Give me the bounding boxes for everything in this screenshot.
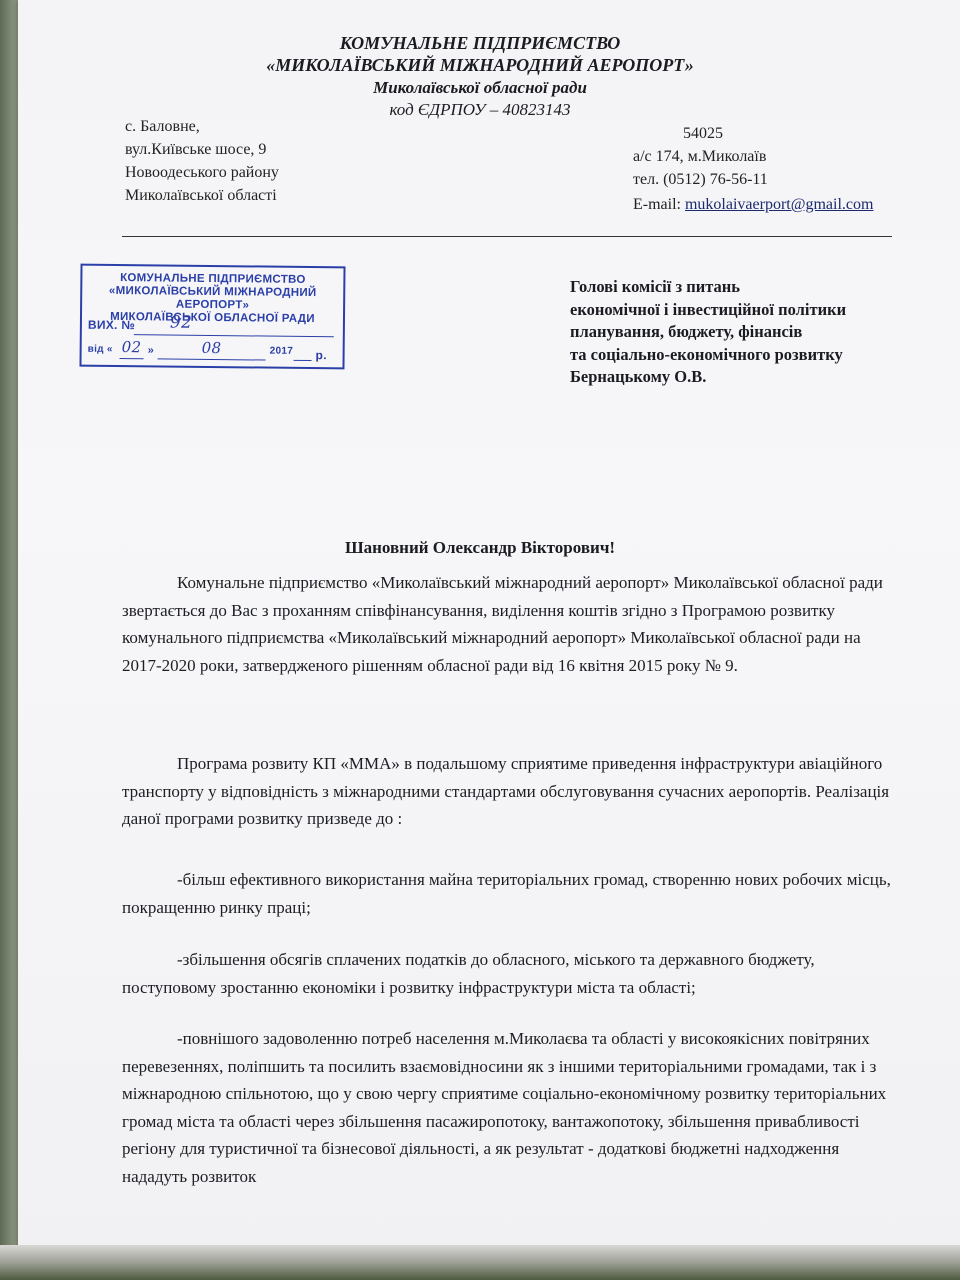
stamp-out-underline [134,334,334,337]
letterhead-org-name: «МИКОЛАЇВСЬКИЙ МІЖНАРОДНИЙ АЕРОПОРТ» [0,54,960,76]
body-paragraph-5: -повнішого задоволенню потреб населення … [122,1025,892,1190]
body-paragraph-3: -більш ефективного використання майна те… [122,866,892,921]
salutation: Шановний Олександр Вікторович! [0,538,960,558]
body-paragraph-1: Комунальне підприємство «Миколаївський м… [122,569,892,679]
email-link[interactable]: mukolaivaerport@gmail.com [685,196,873,213]
addressee-line: Бернацькому О.В. [570,366,846,389]
stamp-month-underline [158,358,266,360]
stamp-date-row: від « [88,344,113,355]
address-left-line: Миколаївської області [125,184,279,207]
address-left-line: с. Баловне, [125,115,279,138]
addressee-line: та соціально-економічного розвитку [570,344,846,367]
background-bottom [0,1245,960,1280]
stamp-date-month: 08 [202,339,222,357]
postcode: 54025 [683,122,723,145]
stamp-date-suffix: р. [316,348,327,362]
address-left: с. Баловне, вул.Київське шосе, 9 Новооде… [125,115,279,207]
email-label: E-mail: [633,196,685,213]
address-left-line: вул.Київське шосе, 9 [125,138,279,161]
stamp-date-day: 02 [122,338,142,356]
header-divider [122,236,892,237]
phone: тел. (0512) 76-56-11 [633,168,768,191]
stamp-out-label: ВИХ. № [88,318,135,332]
addressee-line: планування, бюджету, фінансів [570,321,846,344]
stamp-date-label: від « [88,344,113,355]
stamp-out-number-row: ВИХ. № [88,318,135,332]
stamp-year-underline [294,360,312,361]
po-box: а/с 174, м.Миколаїв [633,145,766,168]
body-paragraph-2: Програма розвиту КП «ММА» в подальшому с… [122,750,892,833]
addressee-line: Голові комісії з питань [570,276,846,299]
email-line: E-mail: mukolaivaerport@gmail.com [633,193,873,216]
letterhead-council: Миколаївської обласної ради [0,77,960,99]
stamp-date-close: » [148,344,155,356]
stamp-line-2: «МИКОЛАЇВСЬКИЙ МІЖНАРОДНИЙ АЕРОПОРТ» [82,285,343,314]
addressee-block: Голові комісії з питань економічної і ін… [570,276,846,389]
stamp-day-underline [120,358,144,359]
registration-stamp: КОМУНАЛЬНЕ ПІДПРИЄМСТВО «МИКОЛАЇВСЬКИЙ М… [79,264,345,370]
stamp-date-year: 2017 [270,346,294,357]
body-paragraph-4: -збільшення обсягів сплачених податків д… [122,946,892,1001]
addressee-line: економічної і інвестиційної політики [570,299,846,322]
letterhead-org-type: КОМУНАЛЬНЕ ПІДПРИЄМСТВО [0,32,960,54]
stamp-out-number: 92 [170,313,192,333]
address-left-line: Новоодеського району [125,161,279,184]
